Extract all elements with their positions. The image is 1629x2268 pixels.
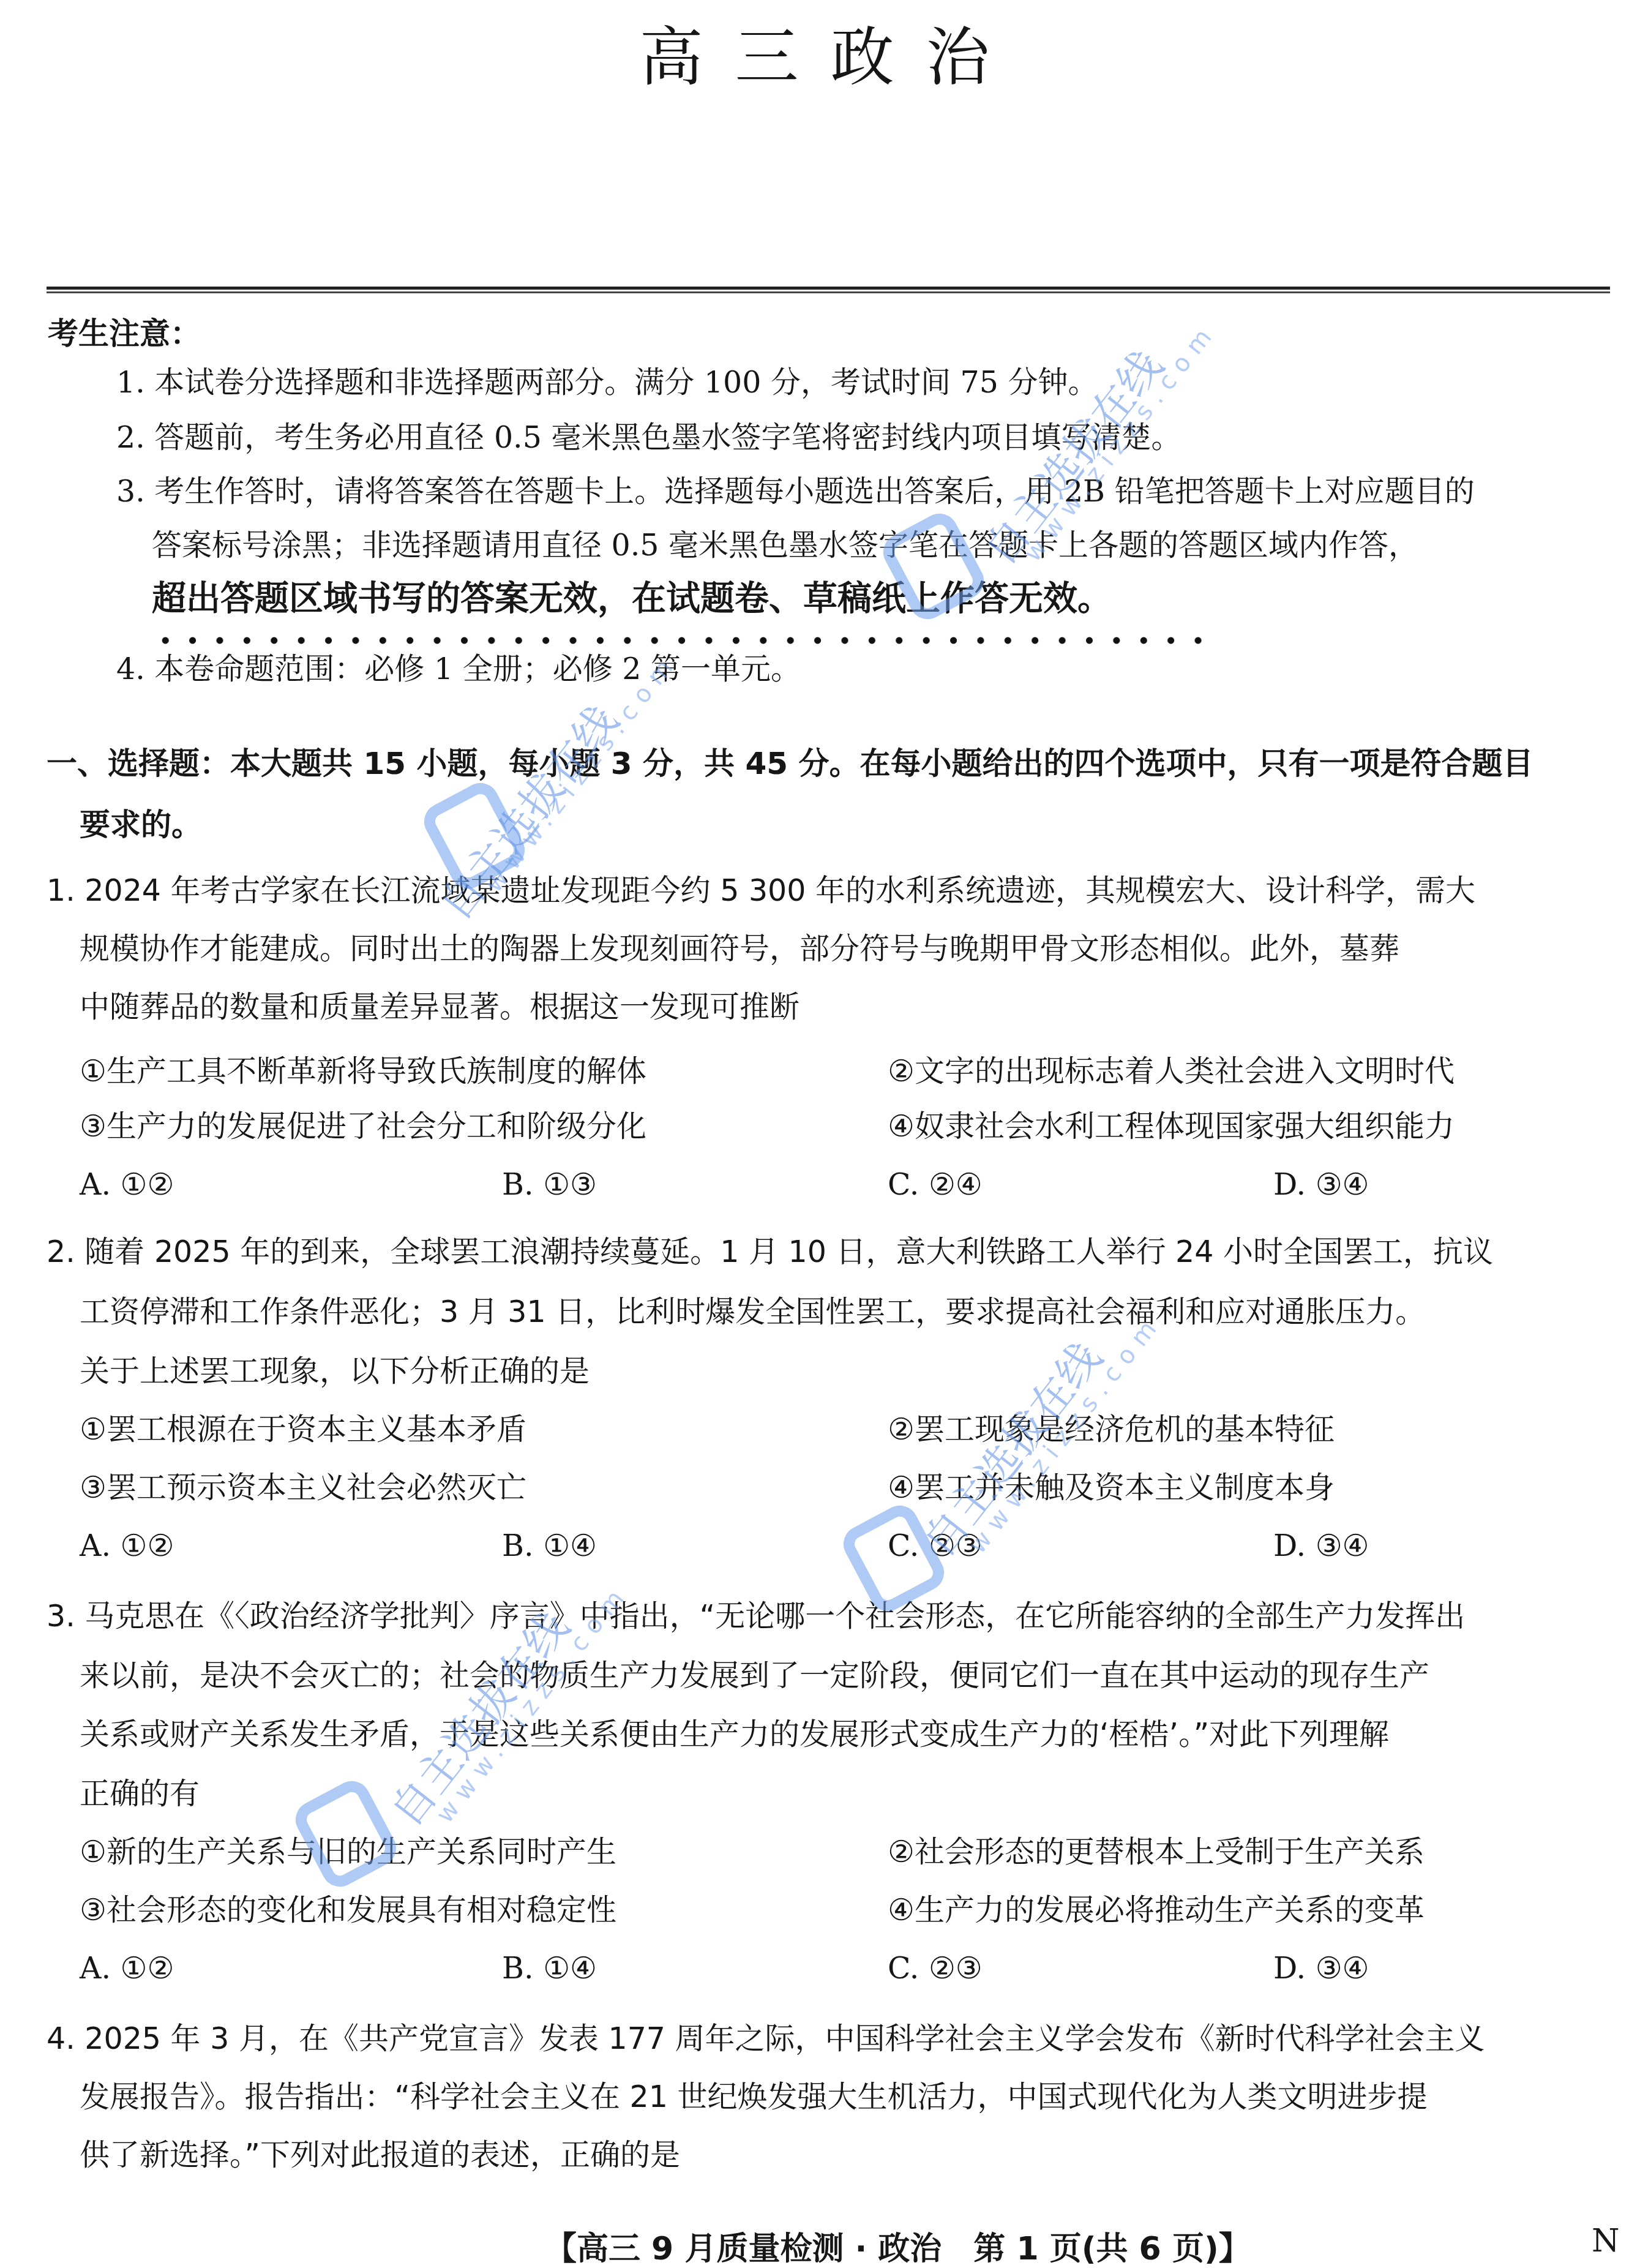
- header-divider: [47, 287, 1610, 293]
- page-footer: 【高三 9 月质量检测 · 政治 第 1 页(共 6 页)】: [545, 2223, 1251, 2268]
- question-1-choice-c[interactable]: C. ②④: [888, 1170, 983, 1200]
- question-1-statement-2: ②文字的出现标志着人类社会进入文明时代: [888, 1056, 1455, 1086]
- notice-item-3: 3. 考生作答时，请将答案答在答题卡上。选择题每小题选出答案后，用 2B 铅笔把…: [116, 476, 1475, 506]
- question-2-statement-4: ④罢工并未触及资本主义制度本身: [888, 1473, 1335, 1503]
- notice-item-1: 1. 本试卷分选择题和非选择题两部分。满分 100 分，考试时间 75 分钟。: [116, 367, 1098, 397]
- question-3-line-3: 关系或财产关系发生矛盾，于是这些关系便由生产力的发展形式变成生产力的‘桎梏’。”…: [80, 1719, 1389, 1749]
- question-2-choice-c[interactable]: C. ②③: [888, 1531, 983, 1561]
- question-3-statement-3: ③社会形态的变化和发展具有相对稳定性: [80, 1895, 616, 1925]
- notice-item-3-emphasis: 超出答题区域书写的答案无效，在试题卷、草稿纸上作答无效。: [152, 582, 1112, 616]
- notice-heading: 考生注意：: [48, 309, 201, 353]
- question-1-line-2: 规模协作才能建成。同时出土的陶器上发现刻画符号，部分符号与晚期甲骨文形态相似。此…: [80, 934, 1399, 964]
- corner-mark: N: [1592, 2223, 1620, 2259]
- question-3-choice-a[interactable]: A. ①②: [80, 1953, 174, 1983]
- question-1-choice-a[interactable]: A. ①②: [80, 1170, 174, 1200]
- question-2-line-3: 关于上述罢工现象，以下分析正确的是: [80, 1356, 590, 1386]
- question-2-line-2: 工资停滞和工作条件恶化；3 月 31 日，比利时爆发全国性罢工，要求提高社会福利…: [80, 1297, 1425, 1327]
- question-3-line-1: 3. 马克思在《〈政治经济学批判〉序言》中指出，“无论哪一个社会形态，在它所能容…: [47, 1601, 1465, 1631]
- page-title: 高三政治: [0, 6, 1629, 98]
- question-3-choice-b[interactable]: B. ①④: [502, 1953, 597, 1983]
- question-2-statement-3: ③罢工预示资本主义社会必然灭亡: [80, 1473, 526, 1503]
- emphasis-dots: [152, 637, 1205, 644]
- notice-item-2: 2. 答题前，考生务必用直径 0.5 毫米黑色墨水签字笔将密封线内项目填写清楚。: [116, 422, 1181, 452]
- question-3-line-2: 来以前，是决不会灭亡的；社会的物质生产力发展到了一定阶段，便同它们一直在其中运动…: [80, 1661, 1429, 1691]
- section-heading: 一、选择题：本大题共 15 小题，每小题 3 分，共 45 分。在每小题给出的四…: [47, 748, 1533, 779]
- question-3-statement-2: ②社会形态的更替根本上受制于生产关系: [888, 1837, 1425, 1867]
- question-3-line-4: 正确的有: [80, 1779, 200, 1809]
- question-3-choice-c[interactable]: C. ②③: [888, 1953, 983, 1983]
- question-3-statement-4: ④生产力的发展必将推动生产关系的变革: [888, 1895, 1425, 1925]
- question-2-choice-a[interactable]: A. ①②: [80, 1531, 174, 1561]
- question-2-line-1: 2. 随着 2025 年的到来，全球罢工浪潮持续蔓延。1 月 10 日，意大利铁…: [47, 1237, 1493, 1267]
- section-heading-cont: 要求的。: [80, 809, 202, 840]
- question-3-statement-1: ①新的生产关系与旧的生产关系同时产生: [80, 1837, 616, 1867]
- question-2-choice-d[interactable]: D. ③④: [1273, 1531, 1369, 1561]
- question-2-statement-2: ②罢工现象是经济危机的基本特征: [888, 1414, 1335, 1444]
- question-1-line-1: 1. 2024 年考古学家在长江流域某遗址发现距今约 5 300 年的水利系统遗…: [47, 876, 1475, 906]
- notice-item-3-cont: 答案标号涂黑；非选择题请用直径 0.5 毫米黑色墨水签字笔在答题卡上各题的答题区…: [152, 530, 1418, 560]
- notice-item-4: 4. 本卷命题范围：必修 1 全册；必修 2 第一单元。: [116, 654, 801, 684]
- question-4-line-3: 供了新选择。”下列对此报道的表述，正确的是: [80, 2140, 680, 2170]
- question-4-line-2: 发展报告》。报告指出：“科学社会主义在 21 世纪焕发强大生机活力，中国式现代化…: [80, 2082, 1427, 2112]
- question-1-choice-d[interactable]: D. ③④: [1273, 1170, 1369, 1200]
- question-2-statement-1: ①罢工根源在于资本主义基本矛盾: [80, 1414, 526, 1444]
- question-1-statement-3: ③生产力的发展促进了社会分工和阶级分化: [80, 1111, 646, 1141]
- question-1-statement-1: ①生产工具不断革新将导致氏族制度的解体: [80, 1056, 646, 1086]
- watermark-logo-icon: [289, 1774, 402, 1893]
- question-3-choice-d[interactable]: D. ③④: [1273, 1953, 1369, 1983]
- question-1-statement-4: ④奴隶社会水利工程体现国家强大组织能力: [888, 1111, 1455, 1141]
- question-2-choice-b[interactable]: B. ①④: [502, 1531, 597, 1561]
- question-1-choice-b[interactable]: B. ①③: [502, 1170, 597, 1200]
- question-4-line-1: 4. 2025 年 3 月，在《共产党宣言》发表 177 周年之际，中国科学社会…: [47, 2024, 1485, 2054]
- question-1-line-3: 中随葬品的数量和质量差异显著。根据这一发现可推断: [80, 992, 800, 1022]
